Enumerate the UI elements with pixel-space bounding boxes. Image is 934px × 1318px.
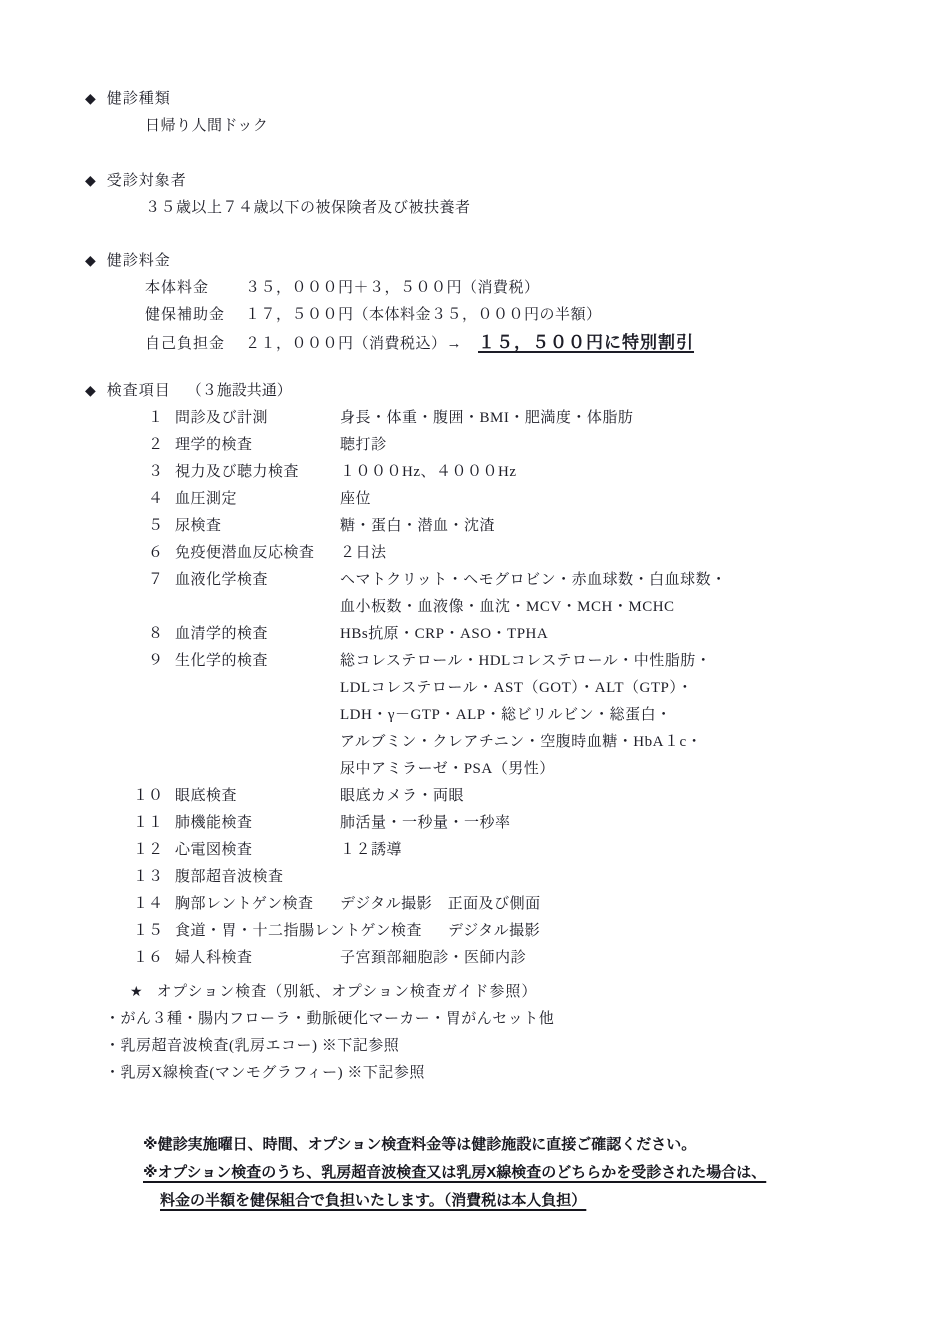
exam-item-row: １ 問診及び計測 身長・体重・腹囲・BMI・肥満度・体脂肪	[128, 405, 894, 432]
note-line-underlined: ※オプション検査のうち、乳房超音波検査又は乳房X線検査のどちらかを受診された場合…	[143, 1159, 894, 1187]
exam-item-name: 婦人科検査	[175, 945, 340, 972]
fee-label: 自己負担金	[145, 331, 245, 358]
diamond-icon: ◆	[85, 168, 96, 195]
exam-item-detail: 眼底カメラ・両眼	[340, 783, 464, 810]
options-heading: ★ オプション検査（別紙、オプション検査ガイド参照）	[130, 979, 894, 1006]
exam-item-number: ５	[128, 513, 163, 540]
exam-item-name: 食道・胃・十二指腸レントゲン検査	[175, 918, 422, 945]
exam-item-row: ５ 尿検査 糖・蛋白・潜血・沈渣	[128, 513, 894, 540]
document-page: ◆ 健診種類 日帰り人間ドック ◆ 受診対象者 ３５歳以上７４歳以下の被保険者及…	[0, 0, 934, 1318]
diamond-icon: ◆	[85, 248, 96, 275]
fee-row-copay: 自己負担金 ２１，０００円（消費税込）→ １５，５００円に特別割引	[145, 329, 894, 358]
exam-item-number: １４	[128, 891, 163, 918]
exam-item-detail: 子宮頚部細胞診・医師内診	[340, 945, 526, 972]
exam-item-name: 血液化学検査	[175, 567, 340, 621]
exam-item-name: 理学的検査	[175, 432, 340, 459]
exam-item-number: １０	[128, 783, 163, 810]
diamond-icon: ◆	[85, 86, 96, 113]
exam-item-name: 肺機能検査	[175, 810, 340, 837]
exam-item-detail: 総コレステロール・HDLコレステロール・中性脂肪・ LDLコレステロール・AST…	[340, 648, 711, 783]
exam-item-name: 尿検査	[175, 513, 340, 540]
exam-item-name: 心電図検査	[175, 837, 340, 864]
exam-item-row: ８ 血清学的検査 HBs抗原・CRP・ASO・TPHA	[128, 621, 894, 648]
exam-item-number: １	[128, 405, 163, 432]
section-checkup-type: ◆ 健診種類 日帰り人間ドック	[85, 86, 894, 140]
exam-item-detail: ２日法	[340, 540, 387, 567]
section-title: 健診種類	[107, 86, 171, 113]
exam-item-name: 眼底検査	[175, 783, 340, 810]
exam-item-detail: HBs抗原・CRP・ASO・TPHA	[340, 621, 548, 648]
exam-item-detail: 肺活量・一秒量・一秒率	[340, 810, 511, 837]
exam-item-row: １６ 婦人科検査 子宮頚部細胞診・医師内診	[128, 945, 894, 972]
fee-row-subsidy: 健保補助金 １７，５００円（本体料金３５，０００円の半額）	[145, 302, 894, 329]
fee-value: １７，５００円（本体料金３５，０００円の半額）	[245, 302, 602, 329]
exam-item-detail: ヘマトクリット・ヘモグロビン・赤血球数・白血球数・ 血小板数・血液像・血沈・MC…	[340, 567, 727, 621]
exam-item-detail: デジタル撮影	[448, 918, 540, 945]
section-title: 健診料金	[107, 248, 171, 275]
exam-item-detail: 座位	[340, 486, 371, 513]
exam-item-detail: 身長・体重・腹囲・BMI・肥満度・体脂肪	[340, 405, 633, 432]
section-notes: ※健診実施曜日、時間、オプション検査料金等は健診施設に直接ご確認ください。 ※オ…	[143, 1131, 894, 1215]
exam-item-number: １２	[128, 837, 163, 864]
section-title: 受診対象者	[107, 168, 187, 195]
exam-item-number: １５	[128, 918, 163, 945]
diamond-icon: ◆	[85, 378, 96, 405]
exam-item-row: １３ 腹部超音波検査	[128, 864, 894, 891]
section-eligibility: ◆ 受診対象者 ３５歳以上７４歳以下の被保険者及び被扶養者	[85, 168, 894, 222]
fee-value: ３５，０００円＋３，５００円（消費税）	[245, 275, 540, 302]
checkup-type-value: 日帰り人間ドック	[145, 113, 894, 140]
exam-item-detail: １０００Hz、４０００Hz	[340, 459, 516, 486]
exam-item-row: １０ 眼底検査 眼底カメラ・両眼	[128, 783, 894, 810]
exam-item-name: 問診及び計測	[175, 405, 340, 432]
star-icon: ★	[130, 979, 143, 1006]
section-eligibility-heading: ◆ 受診対象者	[85, 168, 894, 195]
option-bullet: ・がん３種・腸内フローラ・動脈硬化マーカー・胃がんセット他	[105, 1006, 894, 1033]
exam-item-number: ７	[128, 567, 163, 621]
exam-item-detail: デジタル撮影 正面及び側面	[340, 891, 541, 918]
option-bullet: ・乳房X線検査(マンモグラフィー) ※下記参照	[105, 1060, 894, 1087]
exam-item-number: ２	[128, 432, 163, 459]
section-title: 検査項目	[107, 378, 171, 405]
section-fees: ◆ 健診料金 本体料金 ３５，０００円＋３，５００円（消費税） 健保補助金 １７…	[85, 248, 894, 358]
exam-item-list: １ 問診及び計測 身長・体重・腹囲・BMI・肥満度・体脂肪 ２ 理学的検査 聴打…	[128, 405, 894, 972]
exam-item-number: ６	[128, 540, 163, 567]
fee-label: 健保補助金	[145, 302, 245, 329]
exam-item-number: １６	[128, 945, 163, 972]
section-exams-heading: ◆ 検査項目 （３施設共通）	[85, 378, 894, 405]
exam-item-detail: 糖・蛋白・潜血・沈渣	[340, 513, 495, 540]
exam-item-row: ２ 理学的検査 聴打診	[128, 432, 894, 459]
special-discount-text: １５，５００円に特別割引	[478, 329, 694, 356]
exam-item-name: 腹部超音波検査	[175, 864, 340, 891]
exam-item-name: 血清学的検査	[175, 621, 340, 648]
exam-item-row: ９ 生化学的検査 総コレステロール・HDLコレステロール・中性脂肪・ LDLコレ…	[128, 648, 894, 783]
fee-value: ２１，０００円（消費税込）→	[245, 331, 462, 358]
section-checkup-type-heading: ◆ 健診種類	[85, 86, 894, 113]
exam-item-name: 免疫便潜血反応検査	[175, 540, 340, 567]
exam-item-row: ７ 血液化学検査 ヘマトクリット・ヘモグロビン・赤血球数・白血球数・ 血小板数・…	[128, 567, 894, 621]
exam-item-number: １１	[128, 810, 163, 837]
exam-item-name: 胸部レントゲン検査	[175, 891, 340, 918]
section-fees-heading: ◆ 健診料金	[85, 248, 894, 275]
exam-item-name: 血圧測定	[175, 486, 340, 513]
exam-item-row: １１ 肺機能検査 肺活量・一秒量・一秒率	[128, 810, 894, 837]
exam-item-detail: 聴打診	[340, 432, 387, 459]
exam-item-number: ９	[128, 648, 163, 783]
exam-item-name: 視力及び聴力検査	[175, 459, 340, 486]
note-line-underlined: 料金の半額を健保組合で負担いたします。（消費税は本人負担）	[160, 1187, 586, 1215]
exam-item-number: ４	[128, 486, 163, 513]
eligibility-value: ３５歳以上７４歳以下の被保険者及び被扶養者	[145, 195, 894, 222]
section-exam-items: ◆ 検査項目 （３施設共通） １ 問診及び計測 身長・体重・腹囲・BMI・肥満度…	[85, 378, 894, 972]
options-title: オプション検査（別紙、オプション検査ガイド参照）	[157, 979, 538, 1006]
exam-item-number: １３	[128, 864, 163, 891]
fee-label: 本体料金	[145, 275, 245, 302]
exam-item-row: １５ 食道・胃・十二指腸レントゲン検査 デジタル撮影	[128, 918, 894, 945]
exam-item-row: １２ 心電図検査 １２誘導	[128, 837, 894, 864]
exam-item-row: ４ 血圧測定 座位	[128, 486, 894, 513]
exam-item-name: 生化学的検査	[175, 648, 340, 783]
exam-item-row: ６ 免疫便潜血反応検査 ２日法	[128, 540, 894, 567]
document-content: ◆ 健診種類 日帰り人間ドック ◆ 受診対象者 ３５歳以上７４歳以下の被保険者及…	[0, 0, 934, 1215]
section-subtitle: （３施設共通）	[187, 378, 292, 405]
fee-row-base: 本体料金 ３５，０００円＋３，５００円（消費税）	[145, 275, 894, 302]
option-bullet: ・乳房超音波検査(乳房エコー) ※下記参照	[105, 1033, 894, 1060]
exam-item-row: ３ 視力及び聴力検査 １０００Hz、４０００Hz	[128, 459, 894, 486]
section-options: ★ オプション検査（別紙、オプション検査ガイド参照） ・がん３種・腸内フローラ・…	[85, 979, 894, 1087]
exam-item-detail: １２誘導	[340, 837, 402, 864]
exam-item-number: ８	[128, 621, 163, 648]
exam-item-row: １４ 胸部レントゲン検査 デジタル撮影 正面及び側面	[128, 891, 894, 918]
note-line: ※健診実施曜日、時間、オプション検査料金等は健診施設に直接ご確認ください。	[143, 1131, 894, 1159]
exam-item-number: ３	[128, 459, 163, 486]
